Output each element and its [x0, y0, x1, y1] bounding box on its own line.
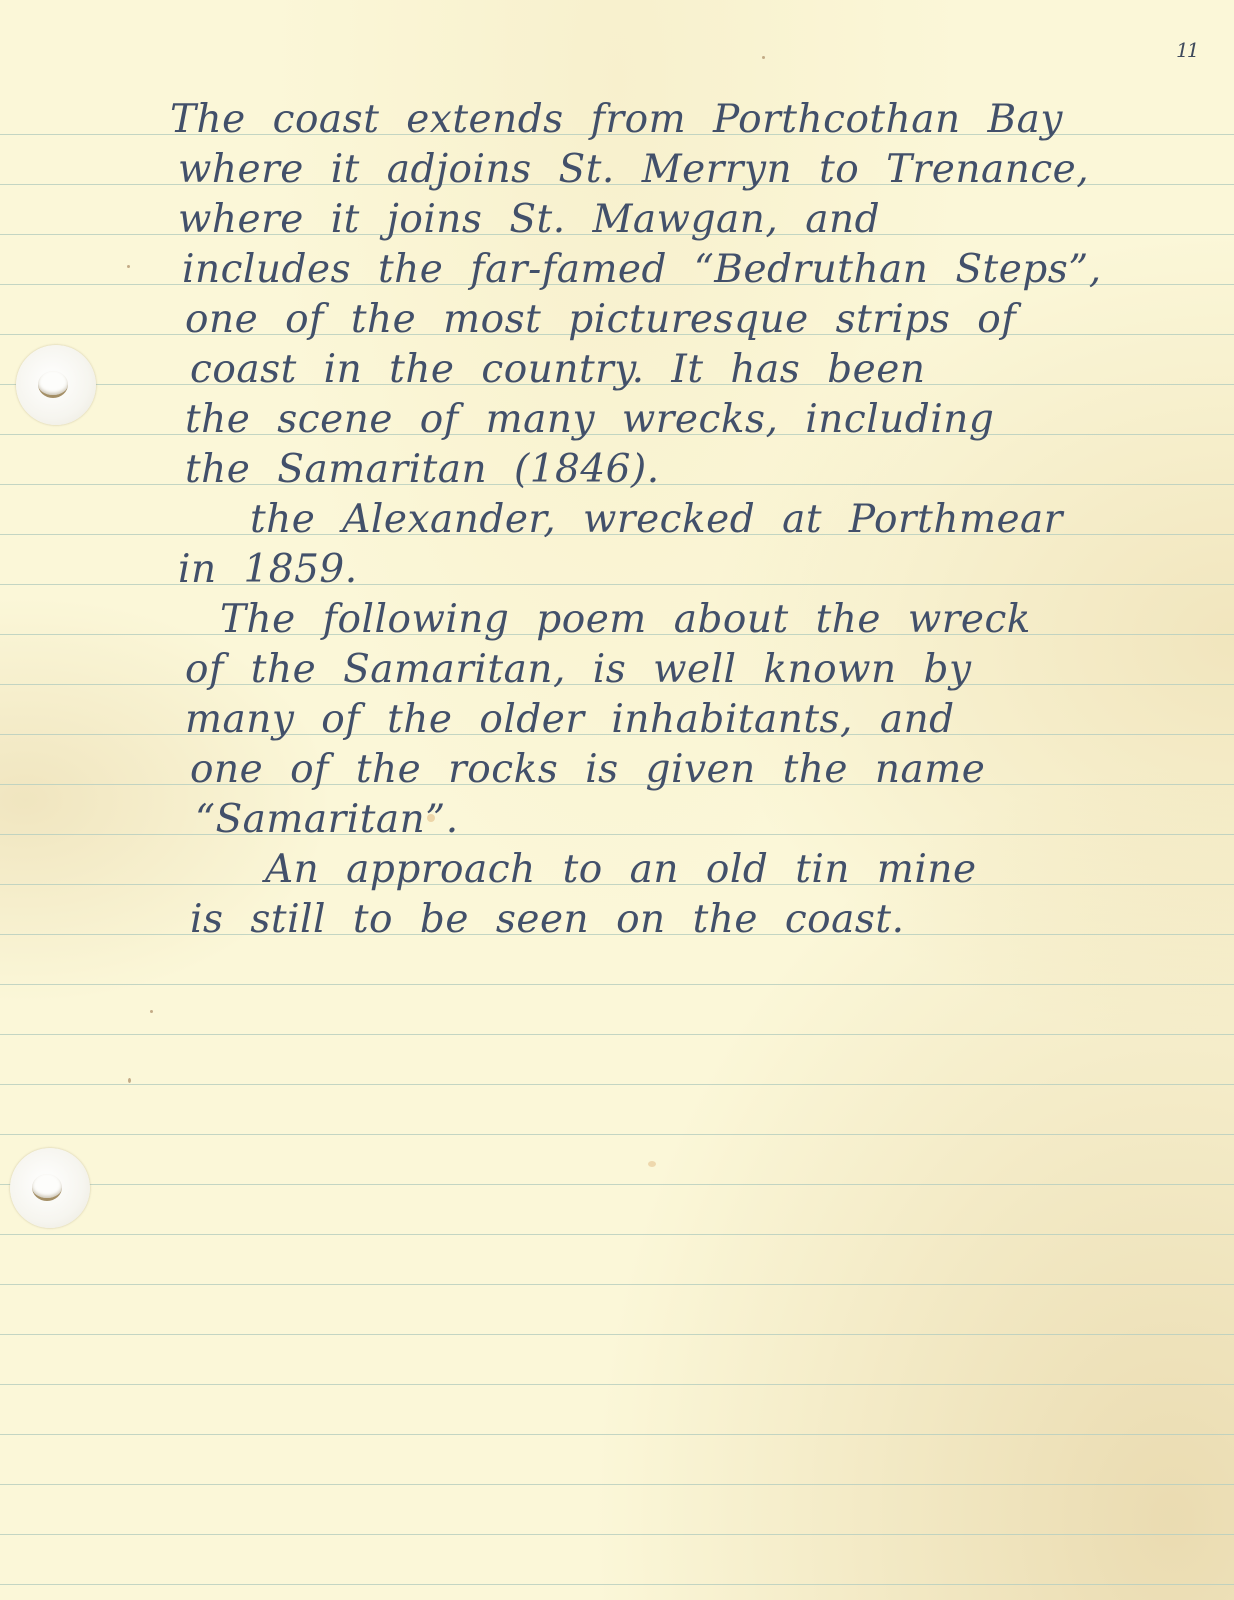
text-line-5: one of the most picturesque strips of [185, 300, 1016, 339]
rule-line [0, 1234, 1234, 1235]
text-line-16: An approach to an old tin mine [265, 850, 977, 889]
paper-stain [128, 1078, 131, 1083]
text-line-4: includes the far-famed “Bedruthan Steps”… [182, 250, 1102, 289]
text-line-11: The following poem about the wreck [220, 600, 1031, 639]
paper-stain [762, 56, 765, 59]
text-line-15: “Samaritan”. [195, 800, 459, 839]
notebook-page: 11 The coast extends from Porthcothan Ba… [0, 0, 1234, 1600]
rule-line [0, 1334, 1234, 1335]
punch-hole-upper [16, 345, 96, 425]
text-line-8: the Samaritan (1846). [185, 450, 660, 489]
rule-line [0, 1034, 1234, 1035]
rule-line [0, 1134, 1234, 1135]
paper-stain [127, 265, 130, 268]
punch-hole-lower [10, 1148, 90, 1228]
rule-line [0, 1184, 1234, 1185]
text-line-6: coast in the country. It has been [190, 350, 925, 389]
text-line-2: where it adjoins St. Merryn to Trenance, [178, 150, 1089, 189]
text-line-7: the scene of many wrecks, including [185, 400, 994, 439]
page-number: 11 [1176, 38, 1197, 62]
punch-hole-reinforcement [38, 371, 68, 398]
text-line-1: The coast extends from Porthcothan Bay [170, 100, 1063, 139]
text-line-17: is still to be seen on the coast. [190, 900, 905, 939]
rule-line [0, 1534, 1234, 1535]
rule-line [0, 1284, 1234, 1285]
text-line-13: many of the older inhabitants, and [185, 700, 955, 739]
rule-line [0, 834, 1234, 835]
text-line-12: of the Samaritan, is well known by [185, 650, 972, 689]
rule-line [0, 984, 1234, 985]
rule-line [0, 1084, 1234, 1085]
rule-line [0, 1434, 1234, 1435]
rule-line [0, 1484, 1234, 1485]
text-line-10: in 1859. [178, 550, 358, 589]
text-line-14: one of the rocks is given the name [190, 750, 985, 789]
rule-line [0, 1384, 1234, 1385]
punch-hole-reinforcement [32, 1174, 62, 1201]
rule-line [0, 1584, 1234, 1585]
text-line-9: the Alexander, wrecked at Porthmear [250, 500, 1063, 539]
paper-stain [648, 1161, 656, 1167]
text-line-3: where it joins St. Mawgan, and [178, 200, 880, 239]
paper-stain [150, 1010, 153, 1013]
